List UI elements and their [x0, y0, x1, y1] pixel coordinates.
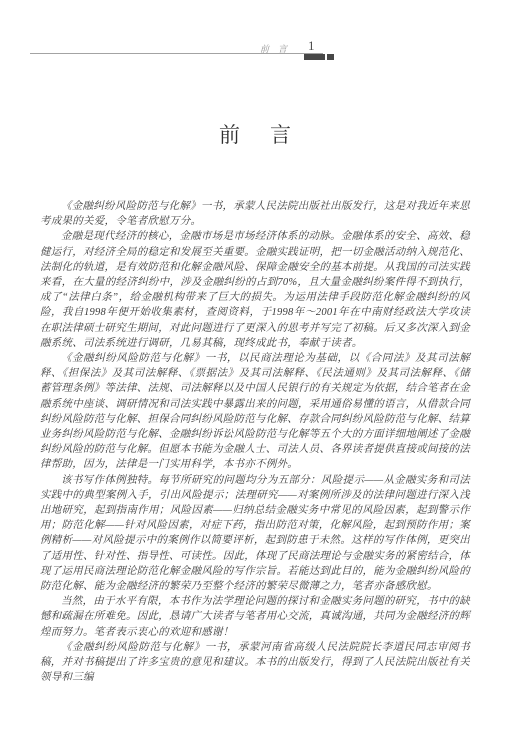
paragraph-4: 该书写作体例独特。每节所研究的问题均分为五部分：风险提示——从金融实务和司法实践…	[40, 473, 470, 595]
paragraph-3: 《金融纠纷风险防范与化解》一书，以民商法理论为基础，以《合同法》及其司法解释、《…	[40, 351, 470, 473]
paragraph-6: 《金融纠纷风险防范与化解》一书，承蒙河南省高级人民法院院长李道民同志审阅书稿，并…	[40, 640, 470, 686]
page-number: 1	[308, 38, 315, 54]
paragraph-5: 当然，由于水平有限，本书作为法学理论问题的探讨和金融实务问题的研究，书中的缺憾和…	[40, 594, 470, 640]
preface-body: 《金融纠纷风险防范与化解》一书，承蒙人民法院出版社出版发行，这是对我近年来思考成…	[40, 199, 470, 686]
paragraph-1: 《金融纠纷风险防范与化解》一书，承蒙人民法院出版社出版发行，这是对我近年来思考成…	[40, 199, 470, 229]
running-title: 前 言	[260, 42, 287, 55]
page-number-bar	[304, 54, 325, 60]
paragraph-2: 金融是现代经济的核心，金融市场是市场经济体系的动脉。金融体系的安全、高效、稳健运…	[40, 229, 470, 351]
title-char-1: 前	[219, 123, 240, 147]
book-page: 前 言 1 前言 《金融纠纷风险防范与化解》一书，承蒙人民法院出版社出版发行，这…	[0, 0, 510, 737]
page-title: 前言	[0, 119, 510, 149]
page-number-bar-small	[327, 54, 334, 60]
title-char-2: 言	[270, 123, 291, 147]
